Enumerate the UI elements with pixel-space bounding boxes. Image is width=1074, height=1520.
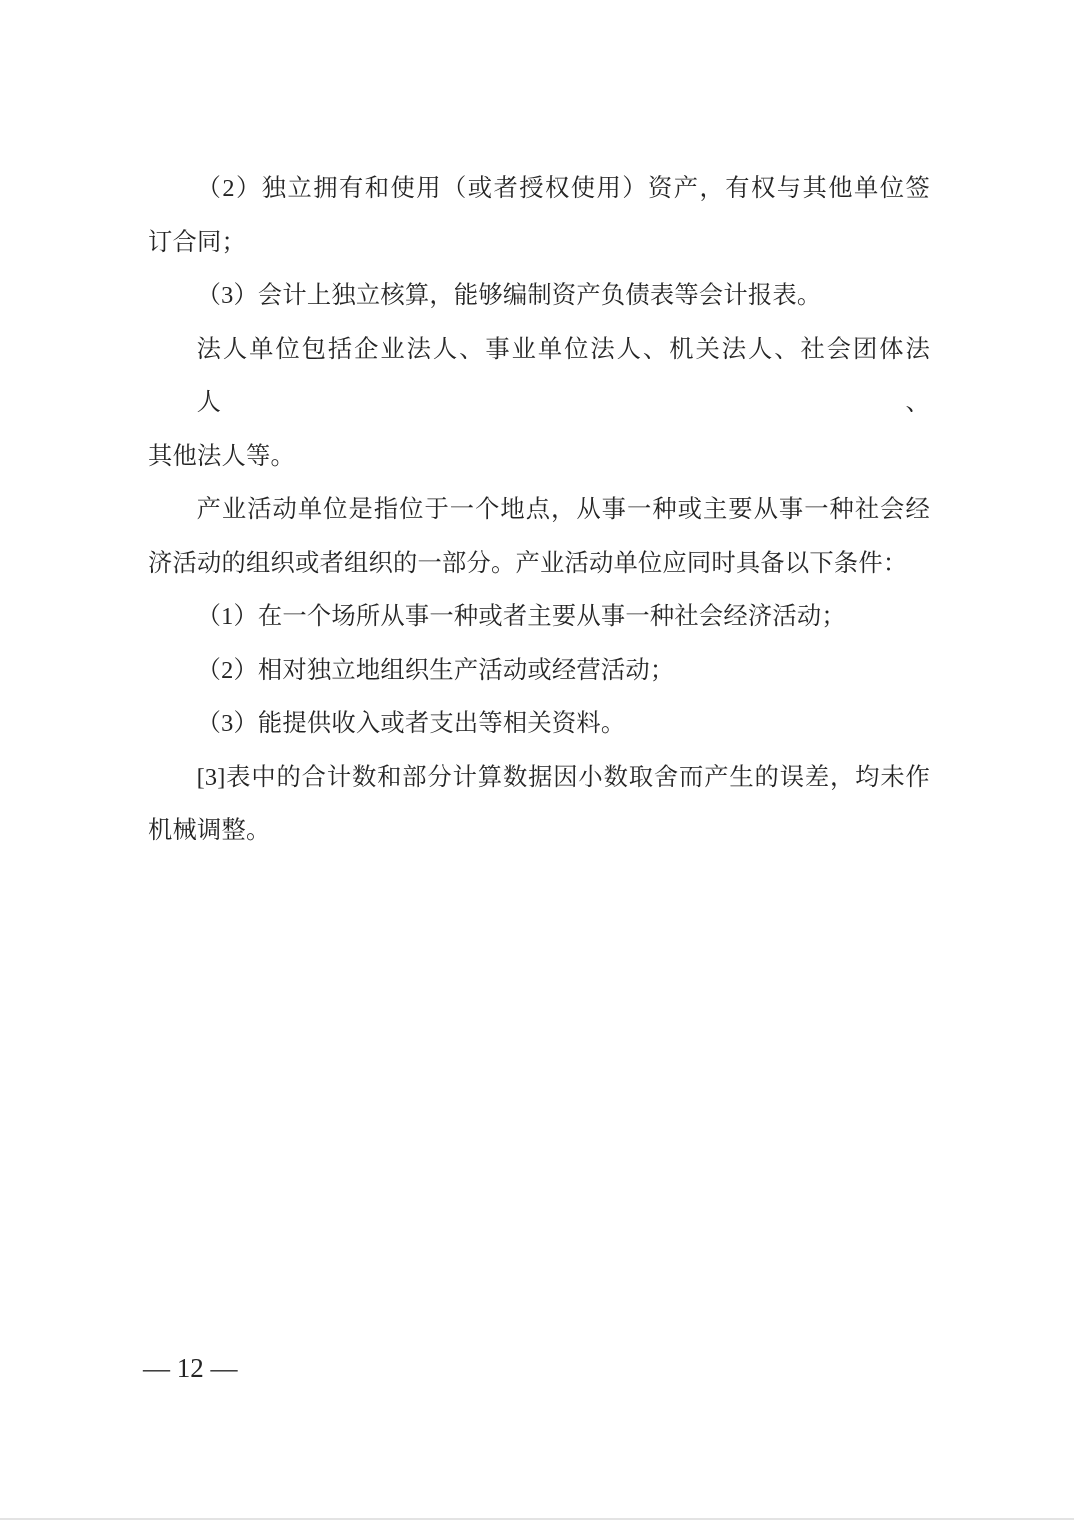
text-line: （2）相对独立地组织生产活动或经营活动； (148, 644, 930, 698)
paragraph: （3）会计上独立核算，能够编制资产负债表等会计报表。 (148, 269, 930, 323)
document-page: （2）独立拥有和使用（或者授权使用）资产，有权与其他单位签 订合同； （3）会计… (0, 0, 1074, 1520)
paragraph: 产业活动单位是指位于一个地点，从事一种或主要从事一种社会经 济活动的组织或者组织… (148, 483, 930, 590)
text-line: （1）在一个场所从事一种或者主要从事一种社会经济活动； (148, 590, 930, 644)
page-number: — 12 — (143, 1352, 238, 1384)
paragraph: （3）能提供收入或者支出等相关资料。 (148, 697, 930, 751)
paragraph: （1）在一个场所从事一种或者主要从事一种社会经济活动； (148, 590, 930, 644)
text-line: [3]表中的合计数和部分计算数据因小数取舍而产生的误差，均未作 (148, 751, 930, 805)
text-line: （2）独立拥有和使用（或者授权使用）资产，有权与其他单位签 (148, 162, 930, 216)
text-line: 订合同； (148, 216, 930, 270)
text-line: （3）会计上独立核算，能够编制资产负债表等会计报表。 (148, 269, 930, 323)
text-line: 产业活动单位是指位于一个地点，从事一种或主要从事一种社会经 (148, 483, 930, 537)
text-line: 其他法人等。 (148, 430, 930, 484)
paragraph: （2）相对独立地组织生产活动或经营活动； (148, 644, 930, 698)
paragraph: [3]表中的合计数和部分计算数据因小数取舍而产生的误差，均未作 机械调整。 (148, 751, 930, 858)
paragraph: 法人单位包括企业法人、事业单位法人、机关法人、社会团体法人、 其他法人等。 (148, 323, 930, 484)
text-line: 济活动的组织或者组织的一部分。产业活动单位应同时具备以下条件： (148, 537, 930, 591)
paragraph: （2）独立拥有和使用（或者授权使用）资产，有权与其他单位签 订合同； (148, 162, 930, 269)
text-line: 法人单位包括企业法人、事业单位法人、机关法人、社会团体法人、 (148, 323, 930, 430)
text-line: （3）能提供收入或者支出等相关资料。 (148, 697, 930, 751)
text-line: 机械调整。 (148, 804, 930, 858)
document-body: （2）独立拥有和使用（或者授权使用）资产，有权与其他单位签 订合同； （3）会计… (148, 162, 930, 858)
